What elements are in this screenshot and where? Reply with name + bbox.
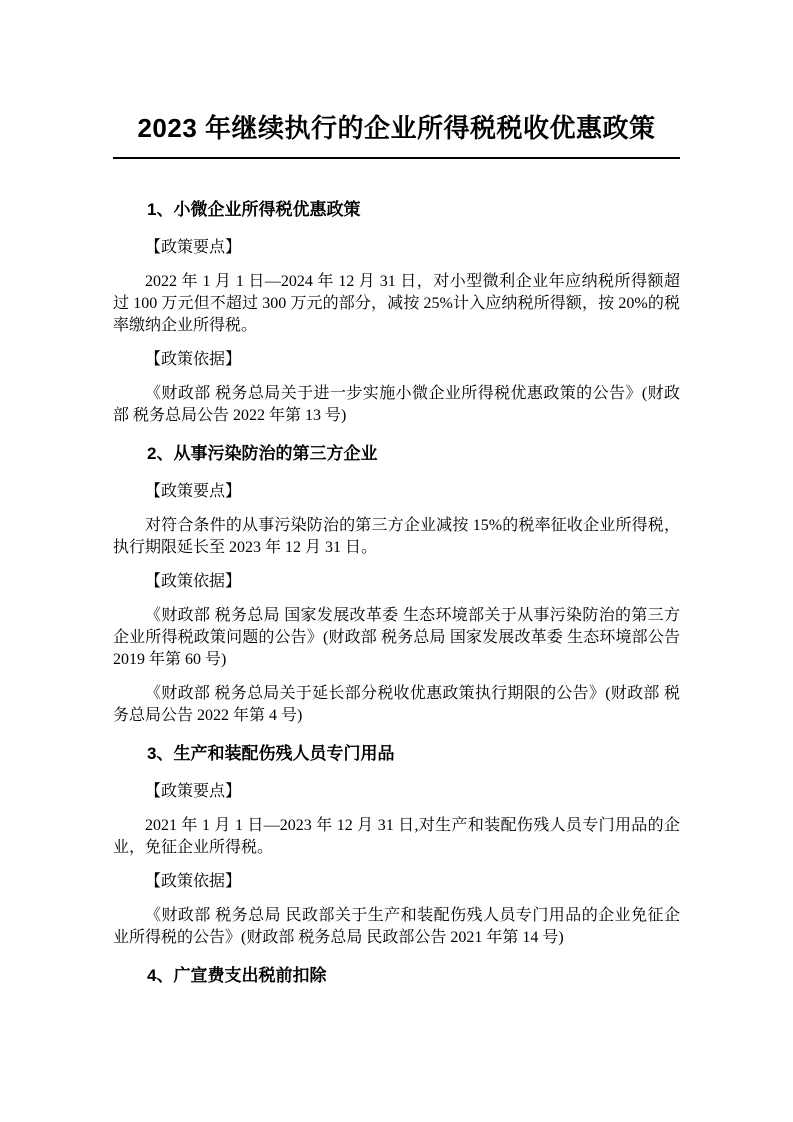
policy-basis-paragraph: 《财政部 税务总局 民政部关于生产和装配伤残人员专门用品的企业免征企业所得税的公… — [113, 905, 680, 949]
document-title: 2023 年继续执行的企业所得税税收优惠政策 — [113, 112, 680, 144]
policy-points-label: 【政策要点】 — [113, 781, 680, 803]
policy-points-label: 【政策要点】 — [113, 481, 680, 503]
section-heading: 1、小微企业所得税优惠政策 — [113, 199, 680, 221]
document-page: 2023 年继续执行的企业所得税税收优惠政策 1、小微企业所得税优惠政策【政策要… — [0, 0, 793, 1122]
policy-basis-label: 【政策依据】 — [113, 571, 680, 593]
policy-points-paragraph: 2021 年 1 月 1 日—2023 年 12 月 31 日,对生产和装配伤残… — [113, 815, 680, 859]
section-heading: 3、生产和装配伤残人员专门用品 — [113, 743, 680, 765]
policy-points-paragraph: 2022 年 1 月 1 日—2024 年 12 月 31 日，对小型微利企业年… — [113, 271, 680, 337]
policy-points-label: 【政策要点】 — [113, 237, 680, 259]
policy-points-paragraph: 对符合条件的从事污染防治的第三方企业减按 15%的税率征收企业所得税，执行期限延… — [113, 515, 680, 559]
policy-basis-paragraph: 《财政部 税务总局 国家发展改革委 生态环境部关于从事污染防治的第三方企业所得税… — [113, 605, 680, 671]
section-heading: 2、从事污染防治的第三方企业 — [113, 443, 680, 465]
policy-basis-label: 【政策依据】 — [113, 871, 680, 893]
policy-basis-paragraph: 《财政部 税务总局关于进一步实施小微企业所得税优惠政策的公告》(财政部 税务总局… — [113, 383, 680, 427]
policy-basis-paragraph: 《财政部 税务总局关于延长部分税收优惠政策执行期限的公告》(财政部 税务总局公告… — [113, 683, 680, 727]
document-body: 1、小微企业所得税优惠政策【政策要点】2022 年 1 月 1 日—2024 年… — [113, 159, 680, 987]
section-heading: 4、广宣费支出税前扣除 — [113, 965, 680, 987]
policy-basis-label: 【政策依据】 — [113, 349, 680, 371]
